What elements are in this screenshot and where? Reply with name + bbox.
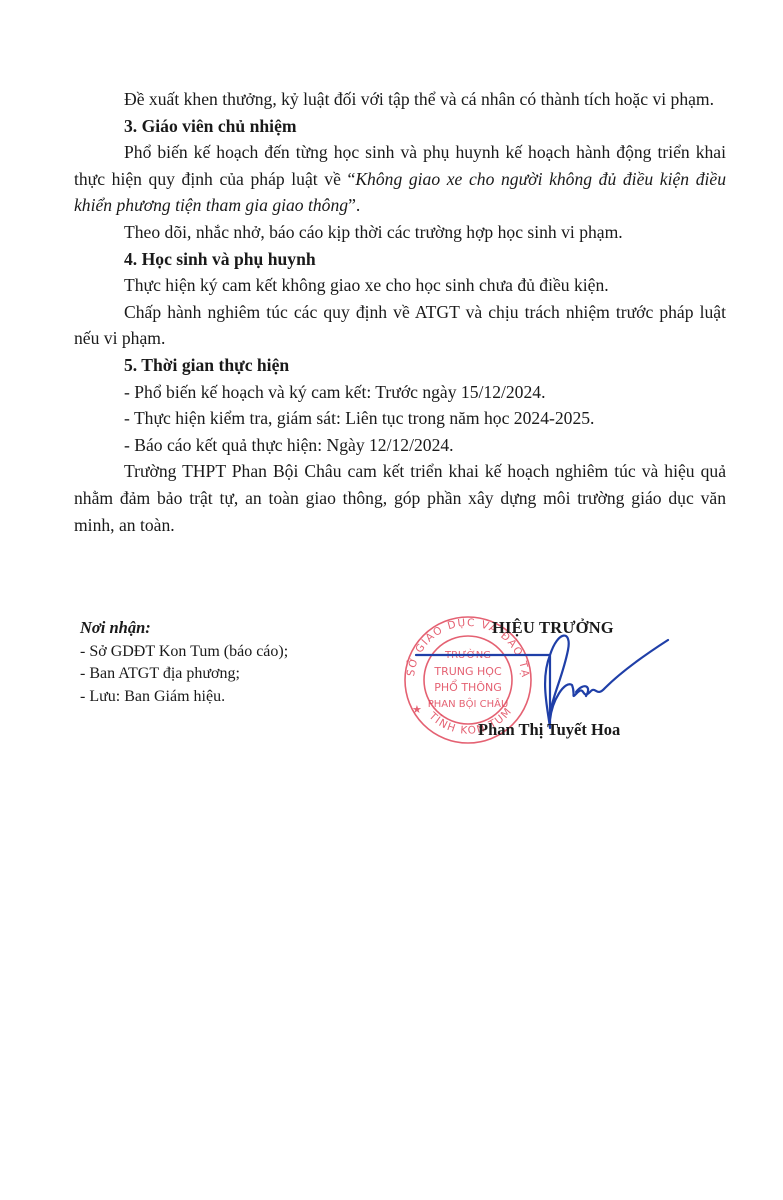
- section-5-item: - Phổ biến kế hoạch và ký cam kết: Trước…: [74, 379, 726, 406]
- paragraph-reward: Đề xuất khen thưởng, kỷ luật đối với tập…: [74, 86, 726, 113]
- recipient-item: - Ban ATGT địa phương;: [80, 663, 288, 686]
- section-4-heading: 4. Học sinh và phụ huynh: [74, 246, 726, 273]
- recipient-item: - Lưu: Ban Giám hiệu.: [80, 686, 288, 709]
- signer-name: Phan Thị Tuyết Hoa: [478, 720, 620, 740]
- section-3-paragraph-1: Phổ biến kế hoạch đến từng học sinh và p…: [74, 139, 726, 219]
- signature-block: SỞ GIÁO DỤC VÀ ĐÀO TẠO TỈNH KON TUM TRƯỜ…: [400, 600, 690, 770]
- section-5-item: - Báo cáo kết quả thực hiện: Ngày 12/12/…: [74, 432, 726, 459]
- recipient-item: - Sở GDĐT Kon Tum (báo cáo);: [80, 641, 288, 664]
- section-4-paragraph-2: Chấp hành nghiêm túc các quy định về ATG…: [74, 299, 726, 352]
- svg-text:TRUNG HỌC: TRUNG HỌC: [433, 665, 502, 678]
- recipients-title: Nơi nhận:: [80, 617, 288, 640]
- svg-text:PHAN BỘI CHÂU: PHAN BỘI CHÂU: [428, 697, 509, 710]
- section-3-paragraph-2: Theo dõi, nhắc nhở, báo cáo kịp thời các…: [74, 219, 726, 246]
- document-body: Đề xuất khen thưởng, kỷ luật đối với tập…: [74, 86, 726, 538]
- section-4-paragraph-1: Thực hiện ký cam kết không giao xe cho h…: [74, 272, 726, 299]
- section-5-heading: 5. Thời gian thực hiện: [74, 352, 726, 379]
- section-5-item: - Thực hiện kiểm tra, giám sát: Liên tục…: [74, 405, 726, 432]
- section-3-p1-suffix: ”.: [348, 195, 360, 215]
- section-3-heading: 3. Giáo viên chủ nhiệm: [74, 113, 726, 140]
- svg-text:PHỔ THÔNG: PHỔ THÔNG: [434, 679, 501, 694]
- closing-paragraph: Trường THPT Phan Bội Châu cam kết triển …: [74, 458, 726, 538]
- svg-text:★: ★: [412, 703, 422, 716]
- recipients-block: Nơi nhận: - Sở GDĐT Kon Tum (báo cáo); -…: [80, 617, 288, 708]
- signer-role: HIỆU TRƯỞNG: [492, 618, 614, 638]
